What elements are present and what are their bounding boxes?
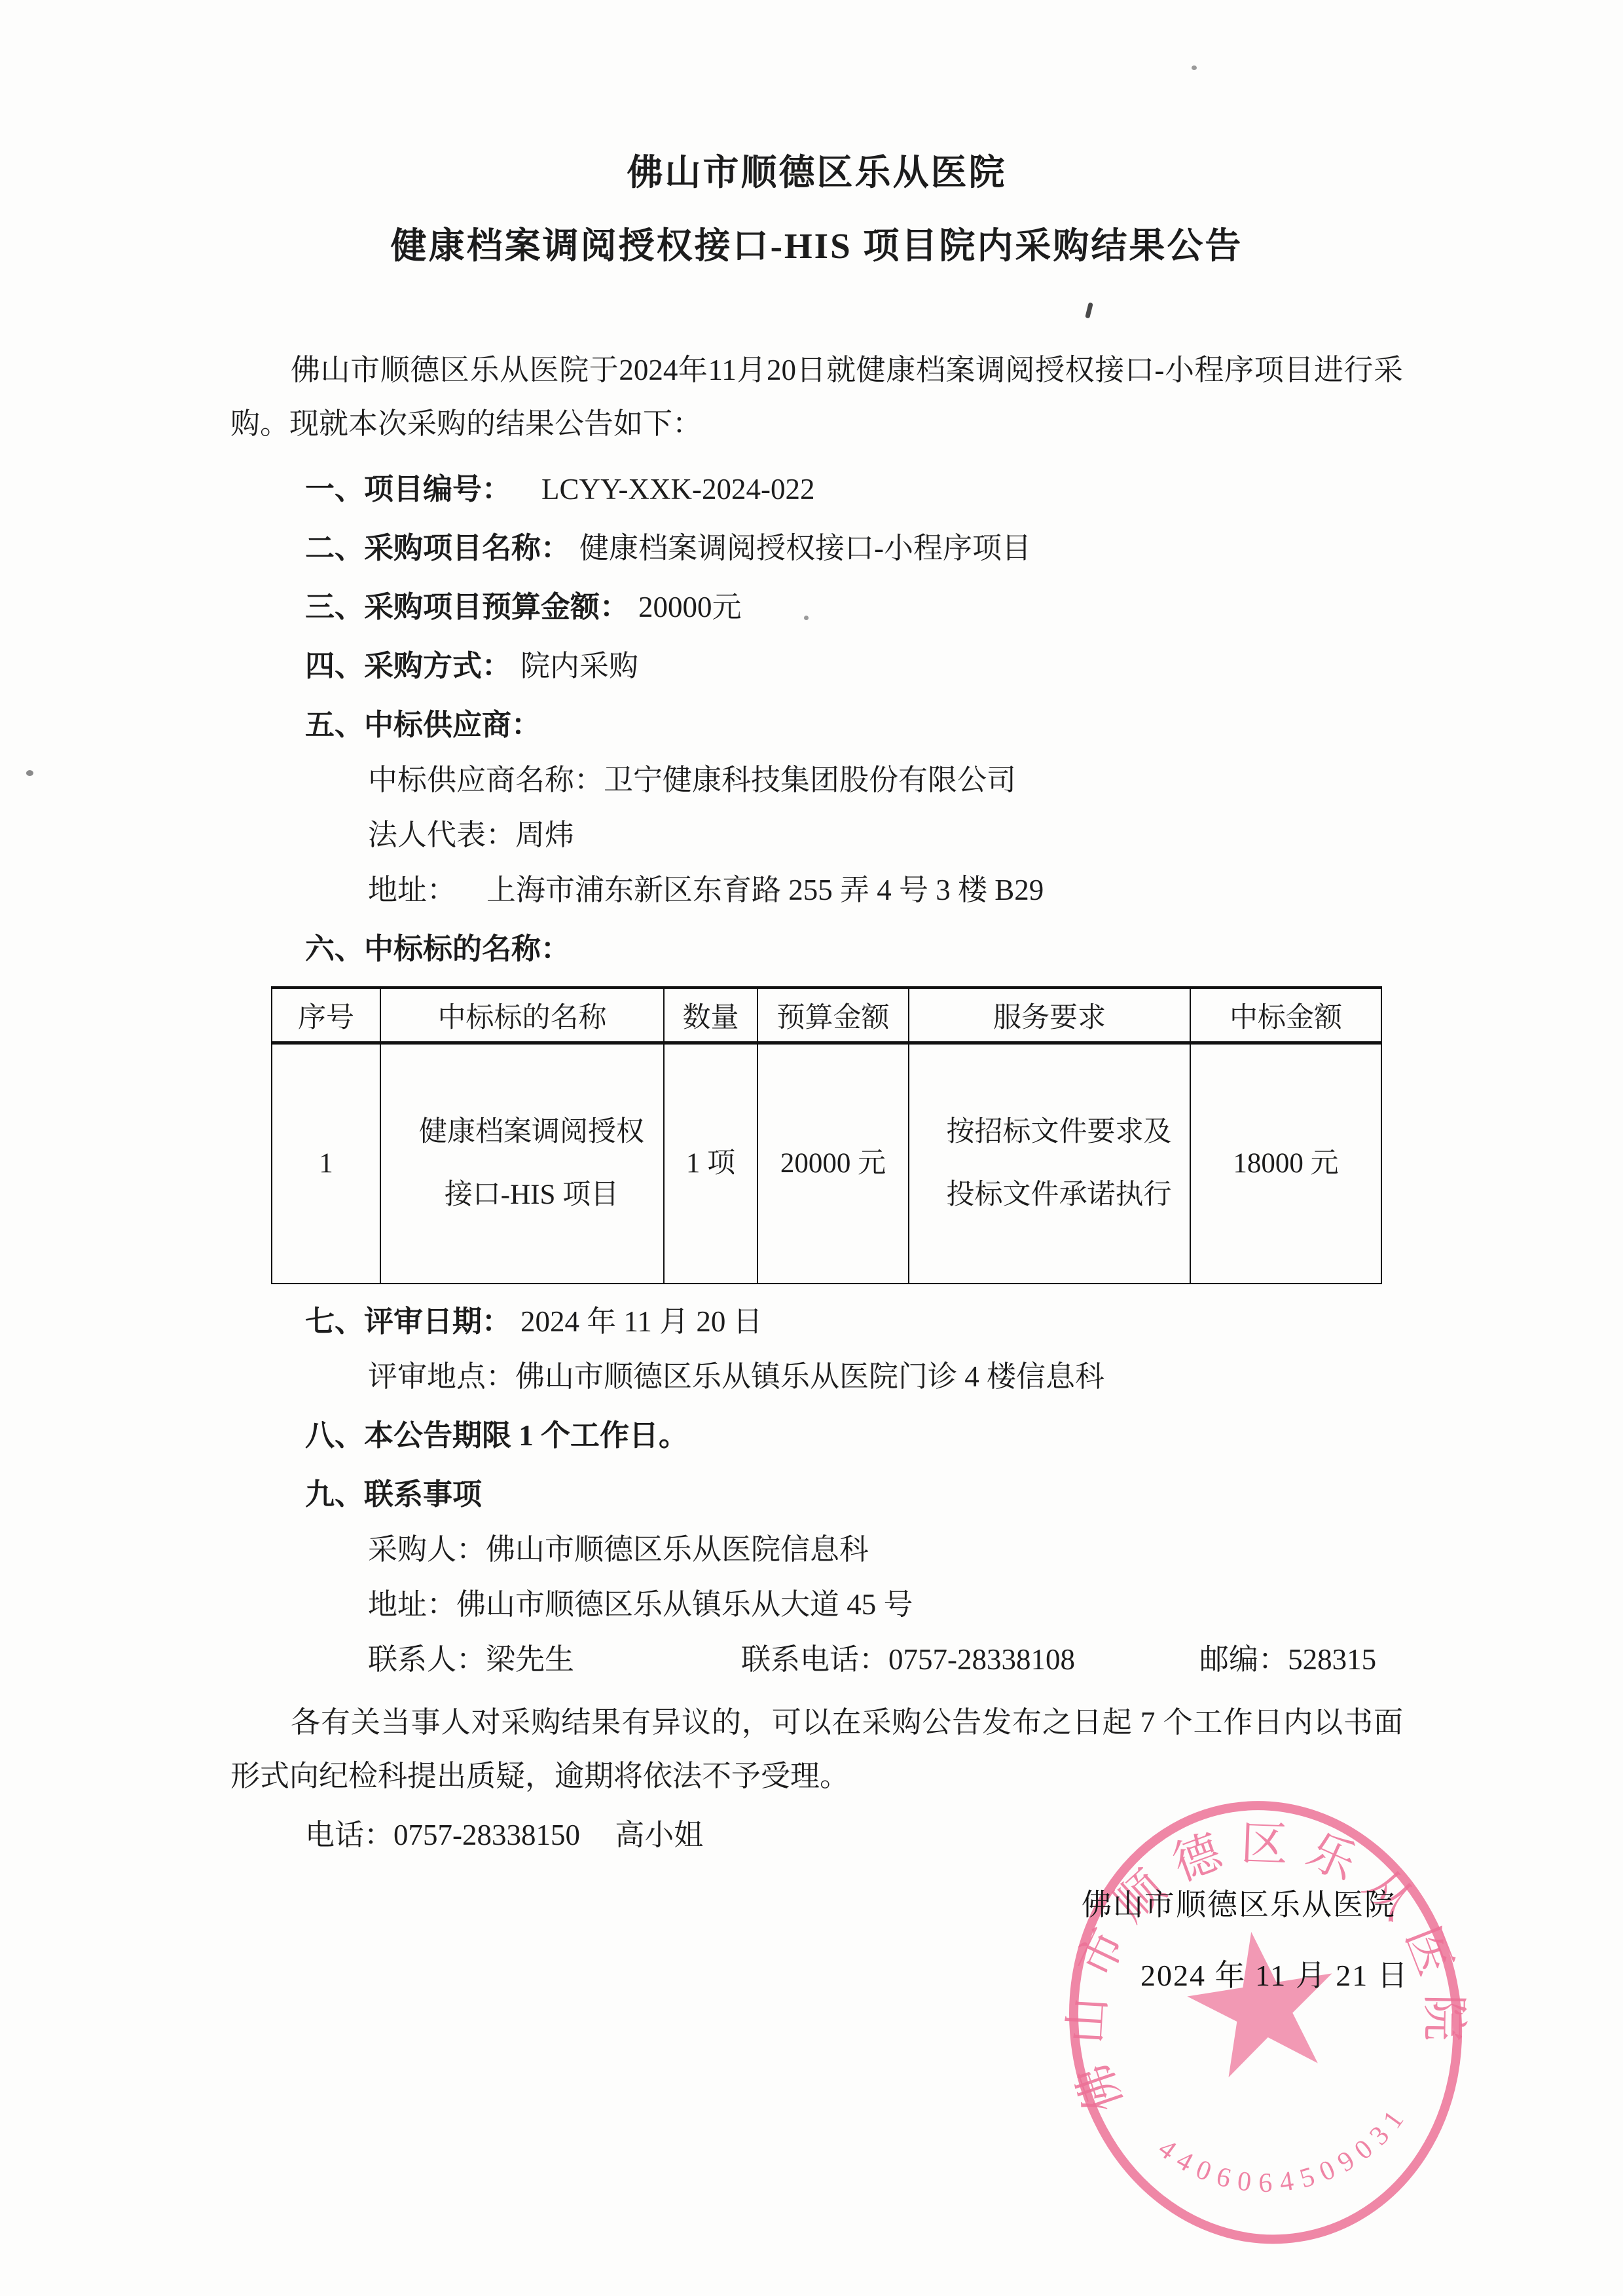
section-6-heading: 六、中标标的名称： <box>230 929 1403 969</box>
contact-phone: 联系电话：0757-28338108 <box>741 1639 1075 1680</box>
section-1-project-number: 一、项目编号：LCYY-XXK-2024-022 <box>230 469 1403 509</box>
section-7-review-date: 七、评审日期：2024 年 11 月 20 日 <box>230 1301 1403 1342</box>
contact-zip: 邮编：528315 <box>1199 1639 1376 1680</box>
supplier-name: 卫宁健康科技集团股份有限公司 <box>604 764 1016 796</box>
section-3-value: 20000元 <box>638 591 742 623</box>
buyer-label: 采购人： <box>368 1533 486 1566</box>
objection-paragraph: 各有关当事人对采购结果有异议的，可以在采购公告发布之日起 7 个工作日内以书面形… <box>230 1695 1403 1803</box>
cell-award: 18000 元 <box>1190 1043 1381 1284</box>
section-7-label: 七、评审日期： <box>305 1305 511 1338</box>
col-header-budget: 预算金额 <box>757 988 909 1043</box>
cell-service: 按招标文件要求及 投标文件承诺执行 <box>909 1043 1190 1284</box>
section-2-label: 二、采购项目名称： <box>305 532 570 565</box>
section-9-contact-heading: 九、联系事项 <box>230 1474 1403 1515</box>
supplier-address-label: 地址： <box>368 874 456 906</box>
seal-star-icon <box>1179 1920 1346 2081</box>
review-place: 佛山市顺德区乐从镇乐从医院门诊 4 楼信息科 <box>515 1360 1104 1393</box>
supplier-address-line: 地址：上海市浦东新区东育路 255 弄 4 号 3 楼 B29 <box>230 870 1403 910</box>
supplier-name-line: 中标供应商名称：卫宁健康科技集团股份有限公司 <box>230 760 1403 800</box>
section-5-label: 五、中标供应商： <box>305 709 541 741</box>
award-table-row: 1 健康档案调阅授权 接口-HIS 项目 1 项 20000 元 按招标文件要求… <box>272 1043 1381 1284</box>
title-line-1: 佛山市顺德区乐从医院 <box>230 149 1403 196</box>
supplier-legal-label: 法人代表： <box>368 819 515 851</box>
col-header-qty: 数量 <box>664 988 757 1043</box>
document-page: 佛山市顺德区乐从医院 健康档案调阅授权接口-HIS 项目院内采购结果公告 佛山市… <box>0 0 1623 2296</box>
review-place-line: 评审地点：佛山市顺德区乐从镇乐从医院门诊 4 楼信息科 <box>230 1356 1403 1397</box>
contact-address-line: 地址：佛山市顺德区乐从镇乐从大道 45 号 <box>230 1584 1403 1625</box>
objection-phone: 电话：0757-28338150 <box>305 1819 580 1851</box>
review-place-label: 评审地点： <box>368 1360 515 1393</box>
section-1-value: LCYY-XXK-2024-022 <box>541 473 814 506</box>
objection-contact: 高小姐 <box>615 1819 703 1851</box>
cell-qty: 1 项 <box>664 1043 757 1284</box>
intro-paragraph: 佛山市顺德区乐从医院于2024年11月20日就健康档案调阅授权接口-小程序项目进… <box>230 343 1403 451</box>
col-header-seq: 序号 <box>272 988 380 1043</box>
scan-speck <box>804 616 809 620</box>
scan-speck <box>1192 65 1197 70</box>
official-seal-stamp: 佛山市顺德区乐从医院 4406064509031 <box>1001 1752 1533 2296</box>
section-8-notice-period: 八、本公告期限 1 个工作日。 <box>230 1415 1403 1456</box>
document-content: 佛山市顺德区乐从医院 健康档案调阅授权接口-HIS 项目院内采购结果公告 佛山市… <box>230 0 1403 1855</box>
contact-address: 佛山市顺德区乐从镇乐从大道 45 号 <box>456 1588 913 1621</box>
title-line-2: 健康档案调阅授权接口-HIS 项目院内采购结果公告 <box>230 223 1403 270</box>
supplier-address: 上海市浦东新区东育路 255 弄 4 号 3 楼 B29 <box>486 874 1044 906</box>
signature-organization: 佛山市顺德区乐从医院 <box>1082 1881 1396 1924</box>
section-4-value: 院内采购 <box>520 650 638 682</box>
award-table: 序号 中标标的名称 数量 预算金额 服务要求 中标金额 1 健康档案调阅授权 接… <box>271 986 1382 1284</box>
section-2-project-name: 二、采购项目名称：健康档案调阅授权接口-小程序项目 <box>230 528 1403 568</box>
contact-person: 联系人：梁先生 <box>368 1639 574 1680</box>
contact-person-line: 联系人：梁先生 联系电话：0757-28338108 邮编：528315 <box>230 1639 1403 1680</box>
award-table-header-row: 序号 中标标的名称 数量 预算金额 服务要求 中标金额 <box>272 988 1381 1043</box>
supplier-legal: 周炜 <box>515 819 574 851</box>
section-7-value: 2024 年 11 月 20 日 <box>520 1305 763 1338</box>
col-header-name: 中标标的名称 <box>380 988 664 1043</box>
cell-name: 健康档案调阅授权 接口-HIS 项目 <box>380 1043 664 1284</box>
section-2-value: 健康档案调阅授权接口-小程序项目 <box>579 532 1031 565</box>
section-4-label: 四、采购方式： <box>305 650 511 682</box>
scan-speck <box>26 770 33 776</box>
contact-address-label: 地址： <box>368 1588 456 1621</box>
section-5-supplier: 五、中标供应商： <box>230 705 1403 745</box>
col-header-service: 服务要求 <box>909 988 1190 1043</box>
section-1-label: 一、项目编号： <box>305 473 511 506</box>
supplier-legal-line: 法人代表：周炜 <box>230 815 1403 855</box>
buyer-line: 采购人：佛山市顺德区乐从医院信息科 <box>230 1529 1403 1570</box>
signature-date: 2024 年 11 月 21 日 <box>1140 1952 1409 1995</box>
buyer: 佛山市顺德区乐从医院信息科 <box>486 1533 869 1566</box>
supplier-name-label: 中标供应商名称： <box>368 764 604 796</box>
cell-budget: 20000 元 <box>757 1043 909 1284</box>
section-4-method: 四、采购方式：院内采购 <box>230 646 1403 686</box>
col-header-award: 中标金额 <box>1190 988 1381 1043</box>
cell-seq: 1 <box>272 1043 380 1284</box>
section-3-budget: 三、采购项目预算金额：20000元 <box>230 587 1403 627</box>
section-3-label: 三、采购项目预算金额： <box>305 591 629 623</box>
